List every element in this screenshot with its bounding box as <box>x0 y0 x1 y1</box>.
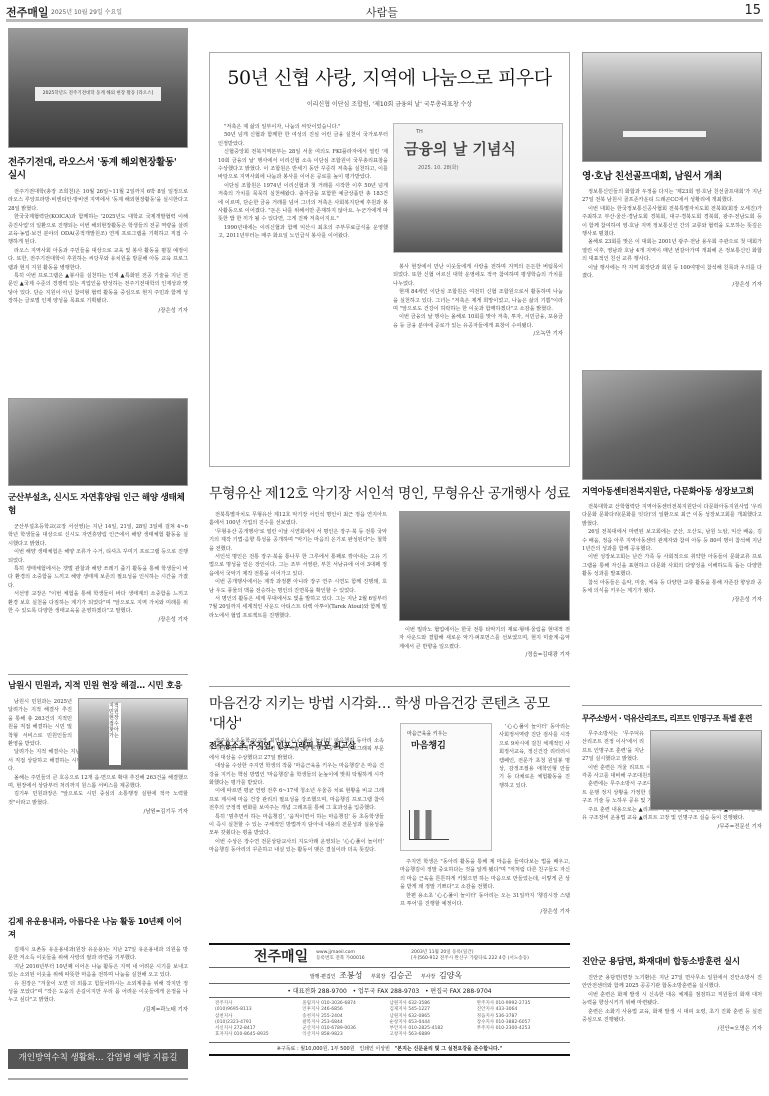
bar-chart-icon <box>409 810 449 840</box>
photo-sign: 지적민원현장접수 찾아가는 <box>109 703 121 765</box>
photo-caption: 이번 밀라노 협업에서는 한국 전통 타악기의 재료·형태·울림을 현대적 전자… <box>399 626 570 660</box>
feature-body-left: "저축은 제 삶의 일부이자, 나눔의 씨앗이었습니다." 50년 넘게 신협과… <box>218 123 388 241</box>
poster-subtitle: 마음근육을 키우는 <box>407 730 447 737</box>
article-body-bottom: 주지연 학생은 "동아리 활동을 통해 제 마음을 들여다보는 법을 배우고, … <box>400 858 570 917</box>
article-body: 김제시 요촌동 유운용내과(원장 유운용)는 지난 27일 유운용내과 의원을 … <box>8 946 188 1005</box>
photo-banner: 2025학년도 전주기전대학 동계 해외 현장 활동 [라오스] <box>35 87 161 101</box>
golf-group-photo <box>582 52 762 162</box>
page-number: 15 <box>744 3 761 18</box>
footer-rule <box>209 1054 570 1056</box>
article-side-body: '心心풀이 놀이터' 동아리는 사회정서역량 진단 검사를 시작으로 9차시에 … <box>499 723 570 790</box>
article-headline[interactable]: 남원시 민원과, 지적 민원 현장 해결… 시민 호응 <box>8 680 188 693</box>
feature-headline[interactable]: 50년 신협 사랑, 지역에 나눔으로 피우다 <box>210 63 569 90</box>
civil-service-photo: 지적민원현장접수 찾아가는 <box>78 698 188 770</box>
article-body: 전북대학교 산학협력단 지역아동센터전북지원단이 다문화아동지원사업 '우리다문… <box>582 503 762 595</box>
feature-body-right: 봉사 현장에서 만난 이웃들에게 사랑을 전하며 지역의 든든한 버팀목이 되었… <box>393 263 563 339</box>
executives-row: 발행·편집인 조봉성 부회장 김승곤 부사장 김양옥 <box>209 968 570 983</box>
golf-banner <box>623 131 706 137</box>
bottom-rule <box>8 1078 188 1080</box>
branch-directory: 전주지사 (010)9695-8113 삼천지사 (010)2323-4791 … <box>209 998 570 1042</box>
masthead-rule <box>6 19 763 22</box>
feature-subtitle: 이리신협 이단심 조합원, '제10회 금융의 날' 국무총리표창 수상 <box>210 99 569 108</box>
right-article-2: 지역아동센터전북지원단, 다문화아동 성장보고회 전북대학교 산학협력단 지역아… <box>582 370 762 603</box>
byline: /오녹만 기자 <box>393 330 563 338</box>
article-body: 전주용소초등학교(교장 최연순) '心心풀이 놀이터' 마음챙김 동아리 소속 … <box>209 737 384 855</box>
newspaper-brand: 전주매일 <box>6 4 49 20</box>
article-body: 군산부설초등학교(교장 서선영)는 지난 14일, 21일, 28일 3일에 걸… <box>8 523 188 615</box>
footer-brand-row: 전주매일 www.jjmaeil.com 등록번호 전북 가00016 2003… <box>209 945 570 967</box>
article-headline[interactable]: 영·호남 친선골프대회, 남원서 개최 <box>582 170 762 183</box>
article-headline[interactable]: 무형유산 제12호 악기장 서인석 명인, 무형유산 공개행사 성료 <box>209 483 570 503</box>
byline: /장은성 기자 <box>582 280 762 288</box>
column-divider <box>8 674 188 675</box>
mental-health-article: 마음건강 지키는 방법 시각화… 학생 마음건강 콘텐츠 공모 '대상' 전주용… <box>209 693 570 752</box>
publisher-info-box: 전주매일 www.jjmaeil.com 등록번호 전북 가00016 2003… <box>209 943 570 1056</box>
ecology-photo <box>8 398 188 486</box>
section-title: 사람들 <box>366 4 398 20</box>
left-article-4: 김제 유운용내과, 아름다운 나눔 활동 10년째 이어져 김제시 요촌동 유운… <box>8 915 188 1013</box>
heritage-article: 무형유산 제12호 악기장 서인석 명인, 무형유산 공개행사 성료 전북특별자… <box>209 483 570 503</box>
byline: /남원=김기두 기자 <box>8 807 188 815</box>
contact-numbers: • 대표전화 288-9700 • 업무국 FAX 288-9703 • 편집국… <box>209 984 570 997</box>
left-column: 2025학년도 전주기전대학 동계 해외 현장 활동 [라오스] 전주기전대, … <box>8 28 188 314</box>
laos-group-photo: 2025학년도 전주기전대학 동계 해외 현장 활동 [라오스] <box>8 28 188 148</box>
article-body: 진안군 용담면(면장 노기환)은 지난 27일 면사무소 일원에서 진안소방서 … <box>582 974 762 1024</box>
article-headline[interactable]: 무주소방서 · 덕유산리조트, 리프트 인명구조 특별 훈련 <box>582 712 762 725</box>
byline: /무주=전문선 기자 <box>582 822 762 830</box>
subscription-notice: ※구독료 : 월10,000원, 1부 500원 인쇄인 이상빈 "본지는 신문… <box>209 1043 570 1054</box>
photo-date: 2025. 10. 28(화) <box>418 164 459 171</box>
lift-rescue-photo <box>650 730 762 810</box>
publisher-name: 조봉성 <box>339 971 362 980</box>
article-headline[interactable]: 김제 유운용내과, 아름다운 나눔 활동 10년째 이어져 <box>8 915 188 941</box>
health-campaign-banner[interactable]: 개인방역수칙 생활화… 감염병 예방 지름길 <box>8 1049 188 1069</box>
performance-photo <box>399 511 570 621</box>
byline: /장은성 기자 <box>8 306 188 314</box>
column-divider <box>582 705 762 706</box>
right-article-3: 무주소방서 · 덕유산리조트, 리프트 인명구조 특별 훈련 무주소방서는 '무… <box>582 712 762 830</box>
registration-number: 등록번호 전북 가00016 <box>316 956 411 962</box>
byline: /진안=오명은 기자 <box>582 1024 762 1032</box>
article-headline[interactable]: 군산부설초, 신시도 자연휴양림 인근 해양 생태체험 <box>8 492 188 518</box>
byline: /정읍=김대광 기자 <box>399 651 570 659</box>
photo-sign: 금융의 날 기념식 <box>404 138 516 159</box>
right-article-4: 진안군 용담면, 화재대비 합동소방훈련 실시 진안군 용담면(면장 노기환)은… <box>582 956 762 1032</box>
byline: /장은성 기자 <box>8 615 188 623</box>
article-body: 전북특별자치도 무형유산 제12호 악기장 서인석 명인이 최근 정읍 연지아트… <box>209 511 387 620</box>
page-masthead: 전주매일 2025년 10월 29일 수요일 사람들 15 <box>6 4 763 20</box>
feature-article-box: 50년 신협 사랑, 지역에 나눔으로 피우다 이리신협 이단심 조합원, '제… <box>209 52 570 467</box>
byline: /장은성 기자 <box>582 595 762 603</box>
photo-sign-prefix: TH <box>416 129 423 135</box>
report-meeting-photo <box>582 370 762 480</box>
left-article-3: 남원시 민원과, 지적 민원 현장 해결… 시민 호응 지적민원현장접수 찾아가… <box>8 680 188 815</box>
byline: /장은성 기자 <box>400 908 570 916</box>
byline: /김제=곽노태 기자 <box>8 1005 188 1013</box>
poster-title: 마음챙김 <box>411 738 446 751</box>
vice-president-name: 김양옥 <box>439 971 462 980</box>
article-body: 전주기전대학(총장 조희천)은 10월 26일~11월 2일까지 6박 8일 일… <box>8 188 188 306</box>
section-divider <box>209 686 570 687</box>
right-article-1: 영·호남 친선골프대회, 남원서 개최 정보통신인들의 화합과 우정을 다지는 … <box>582 52 762 288</box>
issue-date: 2025년 10월 29일 수요일 <box>51 7 122 16</box>
article-headline[interactable]: 지역아동센터전북지원단, 다문화아동 성장보고회 <box>582 485 762 498</box>
article-headline[interactable]: 전주기전대, 라오스서 '동계 해외현장활동' 실시 <box>8 156 188 182</box>
article-body: 정보통신인들의 화합과 우정을 다지는 '제23회 영·호남 친선골프대회'가 … <box>582 188 762 280</box>
article-headline[interactable]: 진안군 용담면, 화재대비 합동소방훈련 실시 <box>582 956 762 969</box>
left-article-2: 군산부설초, 신시도 자연휴양림 인근 해양 생태체험 군산부설초등학교(교장 … <box>8 398 188 623</box>
footer-brand: 전주매일 <box>254 946 308 966</box>
address: [우]560-912 전주시 완산구 가람다로 222 4층 (서노송동) <box>411 956 529 962</box>
vice-chair-name: 김승곤 <box>389 971 412 980</box>
infographic-poster: 마음근육을 키우는 마음챙김 <box>400 723 492 851</box>
award-ceremony-photo: TH 금융의 날 기념식 2025. 10. 28(화) <box>393 123 563 253</box>
